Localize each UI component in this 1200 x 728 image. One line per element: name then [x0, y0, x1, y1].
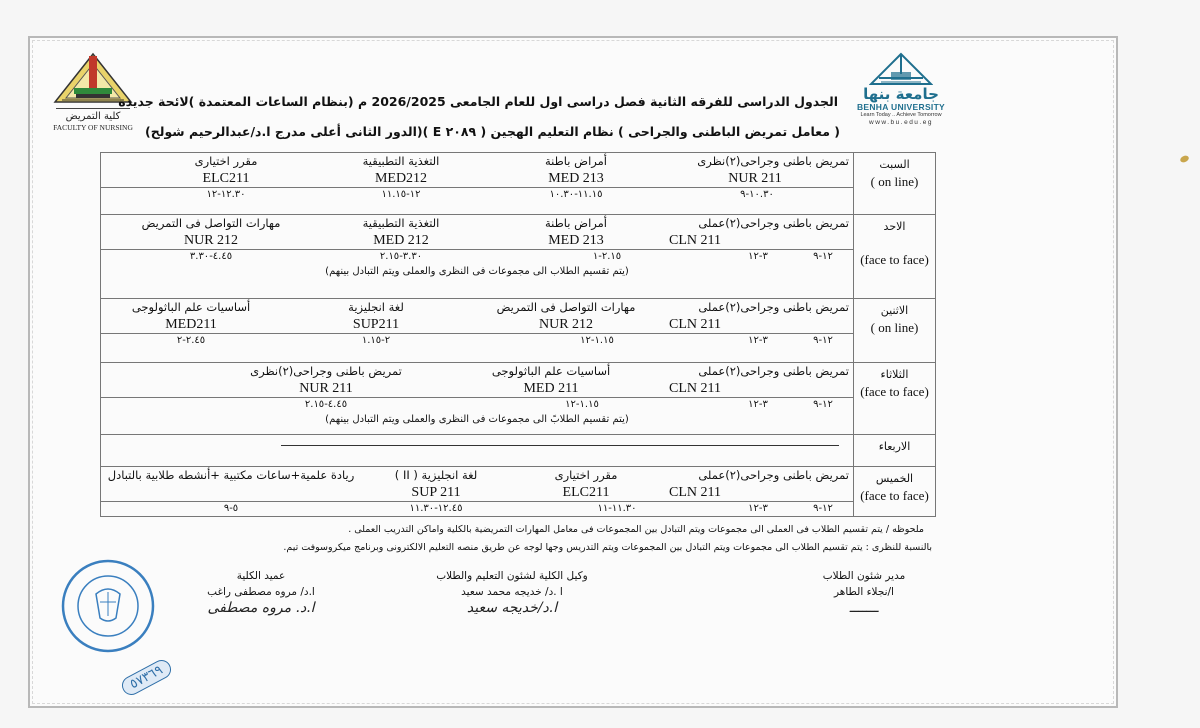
course-name: أمراض باطنة	[491, 215, 661, 232]
time-slot: ١٠.٣٠-٩	[661, 188, 853, 202]
day-name: الاحد	[854, 215, 935, 235]
time-row: ١٢-٩ ٣-١٢ ٢.١٥-١ ٣.٣٠-٢.١٥ ٤.٤٥-٣.٣٠	[101, 249, 853, 264]
course-code: CLN 211	[661, 316, 849, 333]
signature-scrawl: ا.د. مروه مصطفى	[196, 600, 326, 616]
course-code: SUP211	[281, 316, 471, 333]
day-content: تمريض باطنى وجراحى(٢)نظرى NUR 211 أمراض …	[101, 153, 854, 215]
signature-name: ا .د/ خديجه محمد سعيد	[412, 584, 612, 600]
day-name: الخميس	[854, 467, 935, 487]
official-stamp-icon	[60, 558, 156, 654]
course-slot: ريادة علمية+ساعات مكتبية +أنشطه طلابية ب…	[101, 467, 361, 501]
course-code: NUR 211	[211, 380, 441, 397]
day-content: تمريض باطنى وجراحى(٢)عملى CLN 211 مقرر ا…	[101, 467, 854, 517]
time-slot: ٥-٩	[101, 502, 361, 516]
course-code: MED211	[101, 316, 281, 333]
course-slot: مقرر اختيارى ELC211	[511, 467, 661, 501]
signature-title: وكيل الكلية لشئون التعليم والطلاب	[412, 568, 612, 584]
course-code: NUR 211	[661, 170, 849, 187]
table-row-sunday: الاحد (face to face) تمريض باطنى وجراحى(…	[101, 215, 936, 299]
benha-university-logo: جامعة بنها BENHA UNIVERSITY Learn Today …	[846, 52, 956, 127]
course-name: تمريض باطنى وجراحى(٢)عملى	[661, 363, 849, 380]
time-slot: ١.١٥-١٢	[441, 398, 723, 412]
course-slot: أمراض باطنة MED 213	[491, 153, 661, 187]
day-name: الاثنين	[854, 299, 935, 319]
course-name: مقرر اختيارى	[141, 153, 311, 170]
day-mode: (face to face)	[854, 487, 935, 504]
course-name: مهارات التواصل فى التمريض	[471, 299, 661, 316]
university-website: www.bu.edu.eg	[846, 119, 956, 127]
table-row-wednesday: الاربعاء	[101, 435, 936, 467]
signature-scrawl: ا.د/خديجه سعيد	[412, 600, 612, 616]
footnote-practical: ملحوظه / يتم تقسيم الطلاب فى العملى الى …	[348, 524, 924, 535]
time-slot: ٣.٣٠-٢.١٥	[311, 250, 491, 264]
time-slot: ١٢-١١.١٥	[311, 188, 491, 202]
faculty-of-nursing-logo: كلية التمريض FACULTY OF NURSING	[48, 50, 138, 132]
time-slot: ٣-١٢	[723, 502, 793, 516]
course-code: CLN 211	[661, 484, 849, 501]
table-row-thursday: الخميس (face to face) تمريض باطنى وجراحى…	[101, 467, 936, 517]
day-cell: الاحد (face to face)	[854, 215, 936, 299]
table-row-tuesday: الثلاثاء (face to face) تمريض باطنى وجرا…	[101, 363, 936, 435]
day-cell: الاثنين ( on line)	[854, 299, 936, 363]
course-name: تمريض باطنى وجراحى(٢)عملى	[661, 215, 849, 232]
signature-name: ا/نجلاء الطاهر	[794, 584, 934, 600]
time-slot: ١١.١٥-١٠.٣٠	[491, 188, 661, 202]
signature-vice-dean: وكيل الكلية لشئون التعليم والطلاب ا .د/ …	[412, 568, 612, 616]
time-slot: ١.١٥-١٢	[471, 334, 723, 348]
signature-title: عميد الكلية	[196, 568, 326, 584]
faculty-name-ar: كلية التمريض	[56, 108, 130, 123]
time-slot: ٣-١٢	[723, 398, 793, 412]
course-slot: أمراض باطنة MED 213	[491, 215, 661, 249]
course-name: تمريض باطنى وجراحى(٢)نظرى	[661, 153, 849, 170]
day-mode: (face to face)	[854, 383, 935, 400]
time-slot: ١١.٣٠-١١	[511, 502, 723, 516]
time-slot: ٢-١.١٥	[281, 334, 471, 348]
course-code: NUR 212	[471, 316, 661, 333]
time-slot: ٢.١٥-١	[491, 250, 723, 264]
course-slot: لغة انجليزية SUP211	[281, 299, 471, 333]
day-mode: ( on line)	[854, 319, 935, 336]
course-code: MED 211	[441, 380, 661, 397]
day-cell: الثلاثاء (face to face)	[854, 363, 936, 435]
course-slot: تمريض باطنى وجراحى(٢)نظرى NUR 211	[211, 363, 441, 397]
course-name: التغذية التطبيقية	[311, 153, 491, 170]
course-name: مقرر اختيارى	[511, 467, 661, 484]
course-name: تمريض باطنى وجراحى(٢)نظرى	[211, 363, 441, 380]
university-emblem-icon	[869, 52, 933, 86]
course-slot: أساسيات علم الباثولوجى MED 211	[441, 363, 661, 397]
course-name: أساسيات علم الباثولوجى	[441, 363, 661, 380]
university-name-en: BENHA UNIVERSITY	[846, 102, 956, 112]
day-mode: (face to face)	[854, 235, 935, 268]
day-content: تمريض باطنى وجراحى(٢)عملى CLN 211 مهارات…	[101, 299, 854, 363]
signature-title: مدير شئون الطلاب	[794, 568, 934, 584]
time-row: ١٢-٩ ٣-١٢ ١.١٥-١٢ ٢-١.١٥ ٢.٤٥-٢	[101, 333, 853, 348]
course-slot: تمريض باطنى وجراحى(٢)نظرى NUR 211	[661, 153, 853, 187]
course-code: CLN 211	[661, 380, 849, 397]
course-slot: مقرر اختيارى ELC211	[141, 153, 311, 187]
course-code: MED 212	[311, 232, 491, 249]
time-slot: ١٢.٤٥-١١.٣٠	[361, 502, 511, 516]
time-slot: ١٢-٩	[793, 250, 853, 264]
course-slot: تمريض باطنى وجراحى(٢)عملى CLN 211	[661, 467, 853, 501]
schedule-title: الجدول الدراسى للفرقه الثانية فصل دراسى …	[118, 94, 838, 109]
course-name: لغة انجليزية ( II )	[361, 467, 511, 484]
course-code: MED 213	[491, 232, 661, 249]
time-slot: ٣-١٢	[723, 250, 793, 264]
day-mode: ( on line)	[854, 173, 935, 190]
course-slot: التغذية التطبيقية MED 212	[311, 215, 491, 249]
time-row: ١٢-٩ ٣-١٢ ١١.٣٠-١١ ١٢.٤٥-١١.٣٠ ٥-٩	[101, 501, 853, 516]
signature-name: ا.د/ مروه مصطفى راغب	[196, 584, 326, 600]
day-cell: الخميس (face to face)	[854, 467, 936, 517]
day-name: الثلاثاء	[854, 363, 935, 383]
course-code: CLN 211	[661, 232, 849, 249]
time-slot: ٣-١٢	[723, 334, 793, 348]
day-cell: الاربعاء	[854, 435, 936, 467]
time-slot: ٤.٤٥-٢.١٥	[211, 398, 441, 412]
course-name: تمريض باطنى وجراحى(٢)عملى	[661, 467, 849, 484]
day-content: تمريض باطنى وجراحى(٢)عملى CLN 211 أساسيا…	[101, 363, 854, 435]
day-cell: السبت ( on line)	[854, 153, 936, 215]
day-name: الاربعاء	[854, 435, 935, 455]
time-slot: ٢.٤٥-٢	[101, 334, 281, 348]
course-slot: أساسيات علم الباثولوجى MED211	[101, 299, 281, 333]
course-slot: مهارات التواصل فى التمريض NUR 212	[471, 299, 661, 333]
course-slot: لغة انجليزية ( II ) SUP 211	[361, 467, 511, 501]
course-slot: مهارات التواصل فى التمريض NUR 212	[111, 215, 311, 249]
university-name-ar: جامعة بنها	[846, 86, 956, 102]
footnote-theory: بالنسبة للنظرى : يتم تقسيم الطلاب الى مج…	[283, 542, 932, 553]
course-slot: التغذية التطبيقية MED212	[311, 153, 491, 187]
course-name: تمريض باطنى وجراحى(٢)عملى	[661, 299, 849, 316]
time-row: ١٠.٣٠-٩ ١١.١٥-١٠.٣٠ ١٢-١١.١٥ ١٢.٣٠-١٢	[101, 187, 853, 202]
course-name: أساسيات علم الباثولوجى	[101, 299, 281, 316]
time-slot: ١٢-٩	[793, 502, 853, 516]
course-code: NUR 212	[111, 232, 311, 249]
day-content	[101, 435, 854, 467]
course-slot: تمريض باطنى وجراحى(٢)عملى CLN 211	[661, 215, 853, 249]
course-code: MED 213	[491, 170, 661, 187]
schedule-table: السبت ( on line) تمريض باطنى وجراحى(٢)نظ…	[100, 152, 936, 517]
signature-dean: عميد الكلية ا.د/ مروه مصطفى راغب ا.د. مر…	[196, 568, 326, 616]
course-slot: تمريض باطنى وجراحى(٢)عملى CLN 211	[661, 299, 853, 333]
time-row: ١٢-٩ ٣-١٢ ١.١٥-١٢ ٤.٤٥-٢.١٥	[101, 397, 853, 412]
table-row-monday: الاثنين ( on line) تمريض باطنى وجراحى(٢)…	[101, 299, 936, 363]
course-name: لغة انجليزية	[281, 299, 471, 316]
time-slot: ١٢.٣٠-١٢	[141, 188, 311, 202]
signature-scrawl: ـــــــ	[794, 600, 934, 616]
signature-student-affairs: مدير شئون الطلاب ا/نجلاء الطاهر ـــــــ	[794, 568, 934, 616]
course-code: ELC211	[511, 484, 661, 501]
schedule-subtitle: ( معامل تمريض الباطنى والجراحى ) نظام ال…	[145, 124, 840, 139]
day-name: السبت	[854, 153, 935, 173]
time-slot: ٤.٤٥-٣.٣٠	[111, 250, 311, 264]
day-content: تمريض باطنى وجراحى(٢)عملى CLN 211 أمراض …	[101, 215, 854, 299]
table-row-saturday: السبت ( on line) تمريض باطنى وجراحى(٢)نظ…	[101, 153, 936, 215]
empty-day-line	[281, 445, 839, 446]
course-slot: تمريض باطنى وجراحى(٢)عملى CLN 211	[661, 363, 853, 397]
time-slot: ١٢-٩	[793, 334, 853, 348]
scan-speck	[1179, 154, 1190, 163]
time-slot: ١٢-٩	[793, 398, 853, 412]
course-name: ريادة علمية+ساعات مكتبية +أنشطه طلابية ب…	[101, 467, 361, 484]
faculty-name-en: FACULTY OF NURSING	[48, 123, 138, 132]
course-code: ELC211	[141, 170, 311, 187]
course-name: أمراض باطنة	[491, 153, 661, 170]
course-name: التغذية التطبيقية	[311, 215, 491, 232]
group-note: (يتم تقسيم الطلابً الى مجموعات فى النظرى…	[101, 412, 853, 428]
course-code: SUP 211	[361, 484, 511, 501]
course-code: MED212	[311, 170, 491, 187]
course-name: مهارات التواصل فى التمريض	[111, 215, 311, 232]
university-tagline: Learn Today .. Achieve Tomorrow	[846, 112, 956, 119]
group-note: (يتم تقسيم الطلاب الى مجموعات فى النظرى …	[101, 264, 853, 280]
